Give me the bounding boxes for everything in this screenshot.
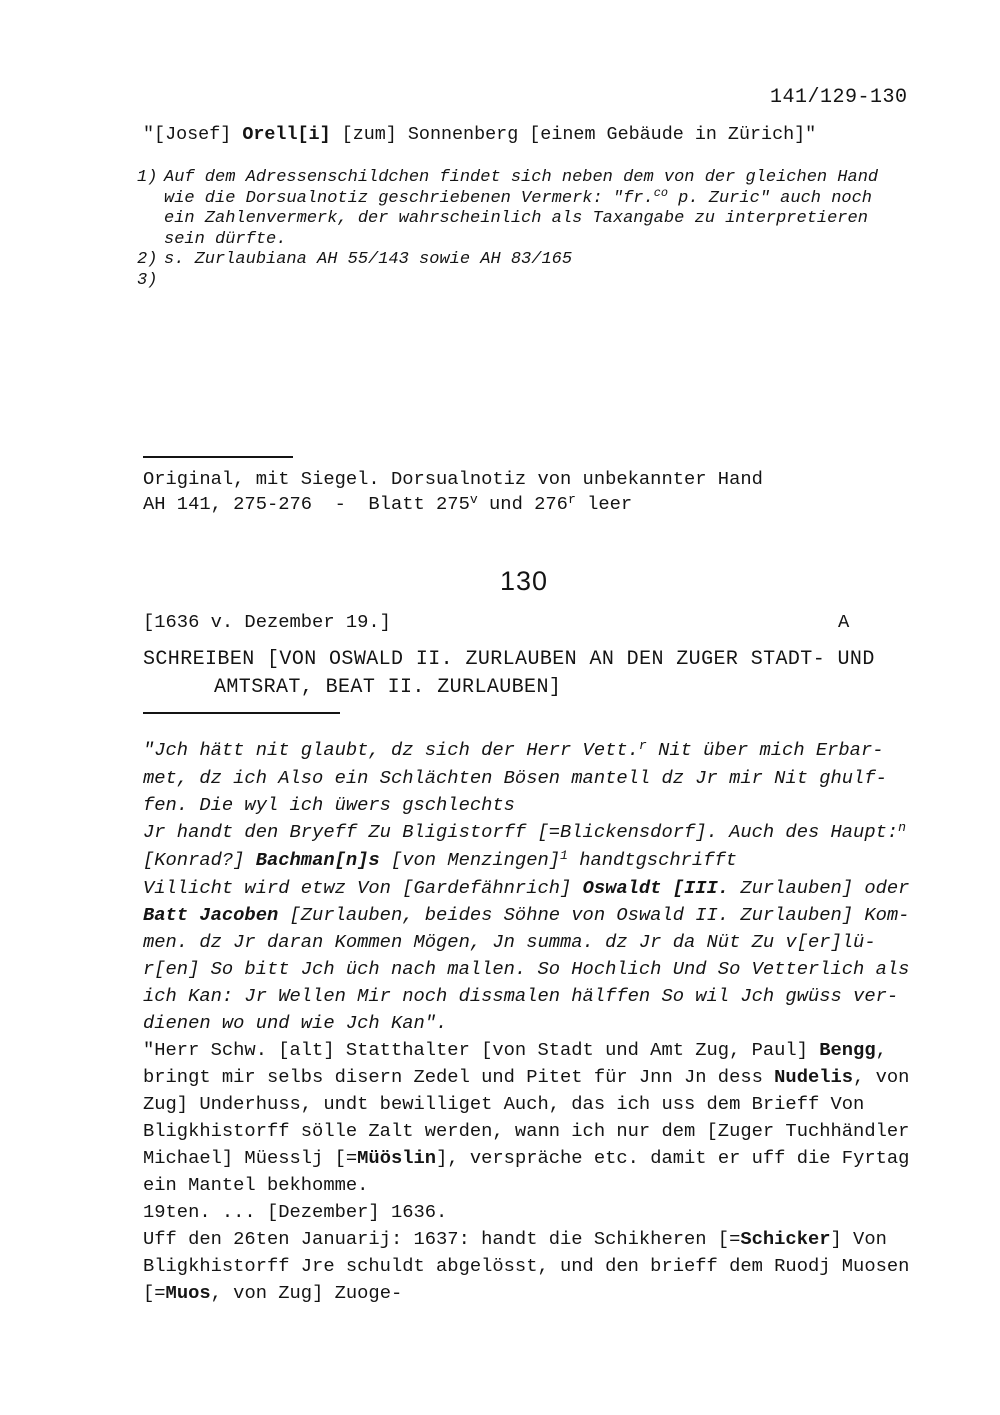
- provenance-line: AH 141, 275-276 - Blatt 275v und 276r le…: [143, 492, 763, 518]
- footnote-row: wie die Dorsualnotiz geschriebenen Verme…: [137, 189, 878, 210]
- text-line: fen. Die wyl ich üwers gschlechts: [143, 792, 909, 819]
- footnote-text: wie die Dorsualnotiz geschriebenen Verme…: [164, 189, 872, 210]
- footnote-text: ein Zahlenvermerk, der wahrscheinlich al…: [164, 209, 868, 230]
- heading-line: AMTSRAT, BEAT II. ZURLAUBEN]: [143, 674, 875, 702]
- text-line: dienen wo und wie Jch Kan".: [143, 1010, 909, 1037]
- footnote-marker: 1): [137, 168, 164, 189]
- text-line: bringt mir selbs disern Zedel und Pitet …: [143, 1064, 909, 1091]
- text-line: ein Mantel bekhomme.: [143, 1172, 909, 1199]
- text-line: Zug] Underhuss, undt bewilliget Auch, da…: [143, 1091, 909, 1118]
- text-line: Bligkhistorff sölle Zalt werden, wann ic…: [143, 1118, 909, 1145]
- entry-heading: SCHREIBEN [VON OSWALD II. ZURLAUBEN AN D…: [143, 646, 875, 702]
- footnote-list: 1) Auf dem Adressenschildchen findet sic…: [137, 168, 878, 291]
- copy-letter-marker: A: [838, 611, 849, 633]
- heading-line: SCHREIBEN [VON OSWALD II. ZURLAUBEN AN D…: [143, 646, 875, 674]
- text-line: ich Kan: Jr Wellen Mir noch dissmalen hä…: [143, 983, 909, 1010]
- text-line: Batt Jacoben [Zurlauben, beides Söhne vo…: [143, 902, 909, 929]
- footnote-row: sein dürfte.: [137, 230, 878, 251]
- text-line: "Herr Schw. [alt] Statthalter [von Stadt…: [143, 1037, 909, 1064]
- footnote-marker: 2): [137, 250, 164, 271]
- footnote-text: sein dürfte.: [164, 230, 286, 251]
- footnote-marker: [137, 189, 164, 210]
- address-quote-line: "[Josef] Orell[i] [zum] Sonnenberg [eine…: [143, 124, 816, 145]
- footnote-row: 2) s. Zurlaubiana AH 55/143 sowie AH 83/…: [137, 250, 878, 271]
- footnote-text: s. Zurlaubiana AH 55/143 sowie AH 83/165: [164, 250, 572, 271]
- footnote-row: 3): [137, 271, 878, 292]
- document-page: 141/129-130 "[Josef] Orell[i] [zum] Sonn…: [0, 0, 1000, 1415]
- text-line: 19ten. ... [Dezember] 1636.: [143, 1199, 909, 1226]
- text-line: Bligkhistorff Jre schuldt abgelösst, und…: [143, 1253, 909, 1280]
- text-line: r[en] So bitt Jch üch nach mallen. So Ho…: [143, 956, 909, 983]
- provenance-note: Original, mit Siegel. Dorsualnotiz von u…: [143, 467, 763, 518]
- text-line: men. dz Jr daran Kommen Mögen, Jn summa.…: [143, 929, 909, 956]
- text-line: Uff den 26ten Januarij: 1637: handt die …: [143, 1226, 909, 1253]
- entry-number: 130: [143, 566, 905, 597]
- footnote-text: Auf dem Adressenschildchen findet sich n…: [164, 168, 878, 189]
- text-line: Jr handt den Bryeff Zu Bligistorff [=Bli…: [143, 819, 909, 847]
- heading-separator-rule: [143, 712, 340, 714]
- footnote-row: 1) Auf dem Adressenschildchen findet sic…: [137, 168, 878, 189]
- text-line: [Konrad?] Bachman[n]s [von Menzingen]1 h…: [143, 847, 909, 875]
- letter-text: "Jch hätt nit glaubt, dz sich der Herr V…: [143, 737, 909, 1307]
- text-line: [=Muos, von Zug] Zuoge-: [143, 1280, 909, 1307]
- footnote-marker: 3): [137, 271, 164, 292]
- text-line: met, dz ich Also ein Schlächten Bösen ma…: [143, 765, 909, 792]
- provenance-line: Original, mit Siegel. Dorsualnotiz von u…: [143, 467, 763, 492]
- footnote-separator-rule: [143, 456, 293, 458]
- footnote-marker: [137, 230, 164, 251]
- text-line: Michael] Müesslj [=Müöslin], verspräche …: [143, 1145, 909, 1172]
- footnote-row: ein Zahlenvermerk, der wahrscheinlich al…: [137, 209, 878, 230]
- page-reference: 141/129-130: [770, 86, 908, 109]
- footnote-marker: [137, 209, 164, 230]
- text-line: "Jch hätt nit glaubt, dz sich der Herr V…: [143, 737, 909, 765]
- text-line: Villicht wird etwz Von [Gardefähnrich] O…: [143, 875, 909, 902]
- entry-date-line: [1636 v. Dezember 19.]: [143, 611, 391, 633]
